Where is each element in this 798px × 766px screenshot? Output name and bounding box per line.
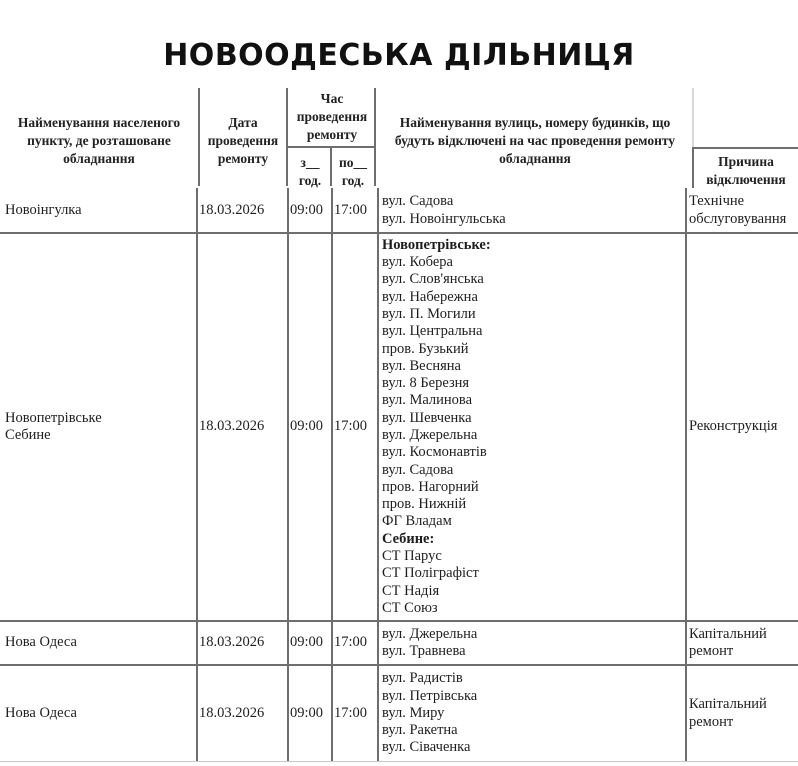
grid-line [692, 148, 694, 188]
street-item: СТ Поліграфіст [382, 565, 491, 582]
street-item: вул. Шевченка [382, 410, 491, 427]
street-item: вул. Джерельна [382, 626, 477, 643]
grid-line [286, 88, 288, 186]
settlement-name: Себине [5, 427, 102, 444]
streets-cell: вул. Садовавул. Новоінгульська [382, 189, 682, 232]
street-item: вул. Малинова [382, 392, 491, 409]
streets-cell: вул. Джерельнавул. Травнева [382, 622, 682, 664]
page-title: НОВООДЕСЬКА ДІЛЬНИЦЯ [0, 38, 798, 73]
locality-heading: Новопетрівське: [382, 237, 491, 254]
header-streets: Найменування вулиць, номеру будинків, що… [380, 114, 690, 168]
grid-line [198, 88, 200, 186]
reason-cell: Капітальний ремонт [689, 622, 797, 664]
grid-line [330, 147, 332, 186]
street-item: вул. Центральна [382, 323, 491, 340]
grid-line [287, 188, 289, 762]
header-time-to: по__ год. [334, 154, 372, 190]
time-from-cell: 09:00 [290, 622, 330, 664]
settlement-cell: Нова Одеса [5, 622, 193, 664]
time-to-cell: 17:00 [334, 189, 376, 232]
street-item: вул. Слов'янська [382, 271, 491, 288]
grid-line [692, 147, 798, 149]
reason-cell: Технічне обслуговування [689, 189, 797, 232]
street-item: СТ Надія [382, 583, 491, 600]
street-item: вул. Космонавтів [382, 444, 491, 461]
street-item: ФГ Владам [382, 513, 491, 530]
street-item: вул. Садова [382, 462, 491, 479]
date-cell: 18.03.2026 [199, 666, 285, 761]
street-item: вул. Кобера [382, 254, 491, 271]
settlement-cell: НовопетрівськеСебине [5, 234, 193, 620]
time-from-cell: 09:00 [290, 189, 330, 232]
header-reason: Причина відключення [696, 153, 796, 189]
street-item: СТ Союз [382, 600, 491, 617]
street-item: вул. Радистів [382, 670, 477, 687]
grid-line [374, 88, 376, 186]
time-to-cell: 17:00 [334, 234, 376, 620]
streets-cell: вул. Радистіввул. Петрівськавул. Мирувул… [382, 666, 682, 761]
settlement-cell: Новоінгулка [5, 189, 193, 232]
street-item: вул. Джерельна [382, 427, 491, 444]
street-item: вул. Садова [382, 193, 506, 210]
settlement-name: Нова Одеса [5, 634, 77, 651]
grid-line [692, 88, 694, 148]
header-time: Час проведення ремонту [290, 90, 374, 144]
street-item: вул. Миру [382, 705, 477, 722]
street-item: пров. Нагорний [382, 479, 491, 496]
time-to-cell: 17:00 [334, 622, 376, 664]
street-item: СТ Парус [382, 548, 491, 565]
time-to-cell: 17:00 [334, 666, 376, 761]
header-date: Дата проведення ремонту [200, 114, 286, 168]
settlement-cell: Нова Одеса [5, 666, 193, 761]
street-item: пров. Нижній [382, 496, 491, 513]
streets-cell: Новопетрівське:вул. Коберавул. Слов'янсь… [382, 234, 682, 620]
street-item: вул. 8 Березня [382, 375, 491, 392]
street-item: вул. Сіваченка [382, 739, 477, 756]
street-item: вул. Весняна [382, 358, 491, 375]
street-item: вул. П. Могили [382, 306, 491, 323]
grid-line [331, 188, 333, 762]
time-from-cell: 09:00 [290, 666, 330, 761]
settlement-name: Нова Одеса [5, 705, 77, 722]
street-item: пров. Бузький [382, 341, 491, 358]
date-cell: 18.03.2026 [199, 622, 285, 664]
grid-line [685, 188, 687, 762]
header-settlement: Найменування населеного пункту, де розта… [4, 114, 194, 168]
street-item: вул. Новоінгульська [382, 211, 506, 228]
reason-cell: Реконструкція [689, 234, 797, 620]
settlement-name: Новопетрівське [5, 410, 102, 427]
grid-line [377, 188, 379, 762]
street-item: вул. Петрівська [382, 688, 477, 705]
header-time-from: з__ год. [292, 154, 328, 190]
date-cell: 18.03.2026 [199, 189, 285, 232]
locality-heading: Себине: [382, 531, 491, 548]
street-item: вул. Травнева [382, 643, 477, 660]
street-item: вул. Набережна [382, 289, 491, 306]
grid-line [288, 146, 376, 148]
street-item: вул. Ракетна [382, 722, 477, 739]
settlement-name: Новоінгулка [5, 202, 82, 219]
grid-line [196, 188, 198, 762]
reason-cell: Капітальний ремонт [689, 666, 797, 761]
date-cell: 18.03.2026 [199, 234, 285, 620]
grid-line [0, 761, 798, 762]
time-from-cell: 09:00 [290, 234, 330, 620]
